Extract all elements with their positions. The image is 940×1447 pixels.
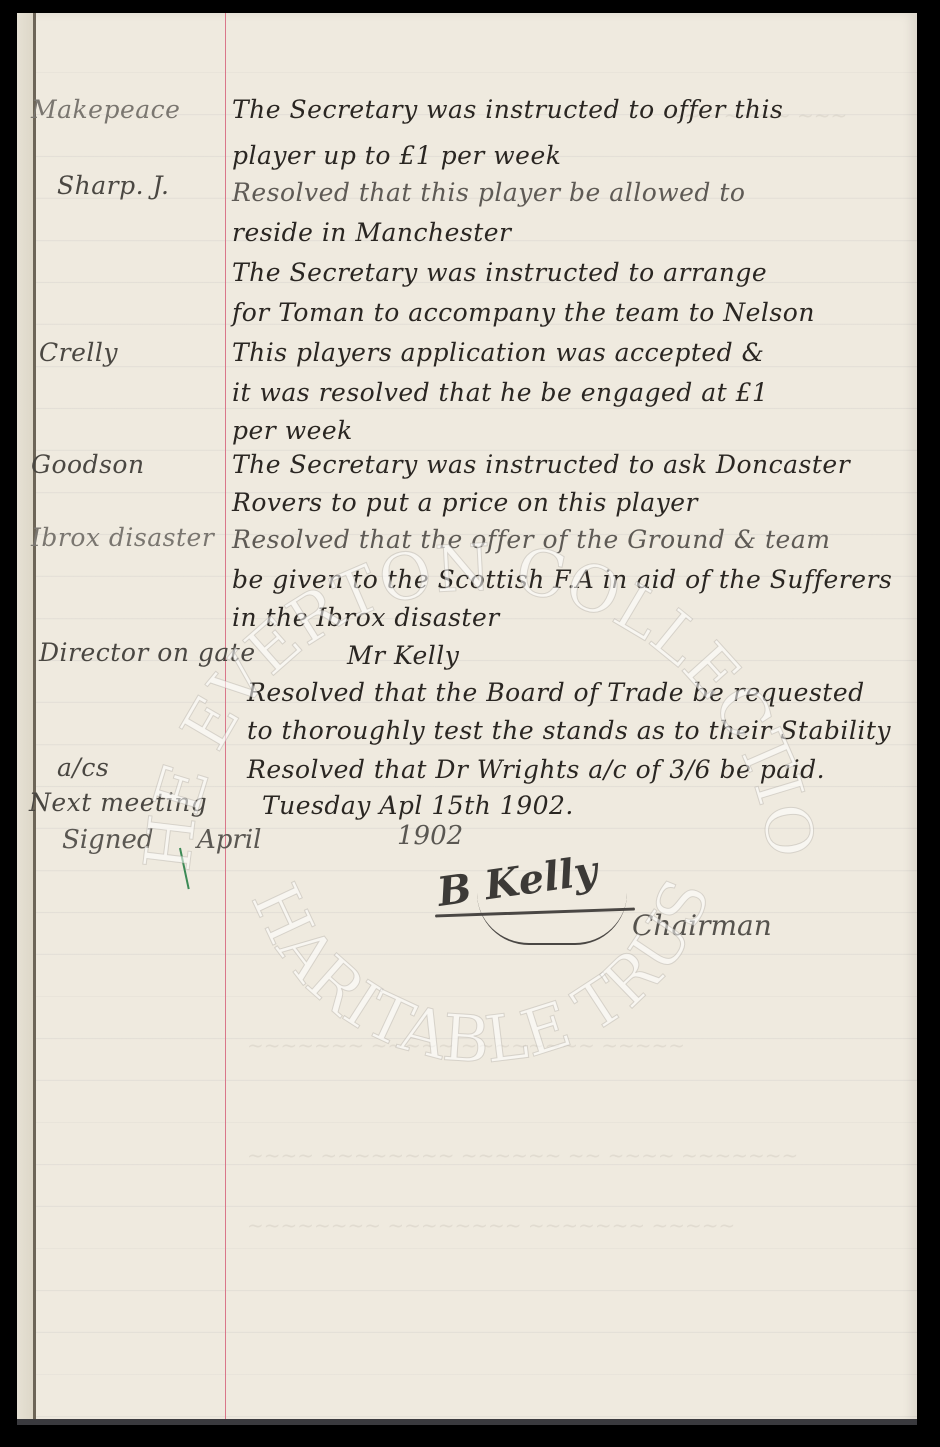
minute-line: for Toman to accompany the team to Nelso… (232, 298, 815, 327)
signed-month: April (197, 825, 261, 855)
minute-line: to thoroughly test the stands as to thei… (247, 716, 891, 745)
signed-year: 1902 (397, 821, 463, 851)
margin-heading: a/cs (57, 753, 109, 782)
signature-flourish (477, 893, 627, 945)
bleed-through-text: ~~~~~~~~ ~~~~~~~~ ~~~~~~~ ~~~~~ (247, 1213, 735, 1237)
minute-line: it was resolved that he be engaged at £1 (232, 378, 768, 407)
margin-heading: Director on gate (39, 638, 256, 667)
green-check-mark (179, 848, 190, 889)
minute-line: Resolved that this player be allowed to (232, 178, 745, 207)
minute-line: player up to £1 per week (232, 141, 561, 170)
bleed-through-text: ~~~~~~~ ~~~~~ ~~~~~~~~ ~~~~~ (247, 1033, 685, 1057)
page-binding (17, 13, 36, 1425)
minute-line: per week (232, 416, 353, 445)
minute-line: Tuesday Apl 15th 1902. (262, 791, 574, 820)
minute-line: This players application was accepted & (232, 338, 764, 367)
minute-line: reside in Manchester (232, 218, 511, 247)
minute-line: The Secretary was instructed to offer th… (232, 95, 783, 124)
margin-heading: Crelly (39, 338, 118, 367)
minute-line: Resolved that the offer of the Ground & … (232, 525, 830, 554)
red-margin-rule (225, 13, 226, 1425)
minute-line: The Secretary was instructed to ask Donc… (232, 450, 850, 479)
margin-heading: Goodson (31, 450, 145, 479)
minute-line: The Secretary was instructed to arrange (232, 258, 767, 287)
margin-heading: Sharp. J. (57, 171, 170, 200)
chairman-title: Chairman (632, 909, 772, 942)
minute-line: Resolved that the Board of Trade be requ… (247, 678, 865, 707)
minute-line: Mr Kelly (347, 641, 459, 670)
ledger-page: ~~~ ~~~~ ~~~ ~~~~~~~ ~~~~~ ~~~~~~~~ ~~~~… (17, 13, 917, 1425)
minute-line: be given to the Scottish F.A in aid of t… (232, 565, 892, 594)
margin-heading: Next meeting (29, 788, 207, 817)
minute-line: Resolved that Dr Wrights a/c of 3/6 be p… (247, 755, 825, 784)
margin-heading: Ibrox disaster (31, 523, 214, 552)
page-bottom-edge (17, 1419, 917, 1425)
minute-line: in the Ibrox disaster (232, 603, 500, 632)
minute-line: Rovers to put a price on this player (232, 488, 698, 517)
bleed-through-text: ~~~~ ~~~~~~~~ ~~~~~~ ~~ ~~~~ ~~~~~~~ (247, 1143, 798, 1167)
margin-heading: Makepeace (31, 95, 180, 124)
signed-label: Signed (62, 825, 154, 855)
